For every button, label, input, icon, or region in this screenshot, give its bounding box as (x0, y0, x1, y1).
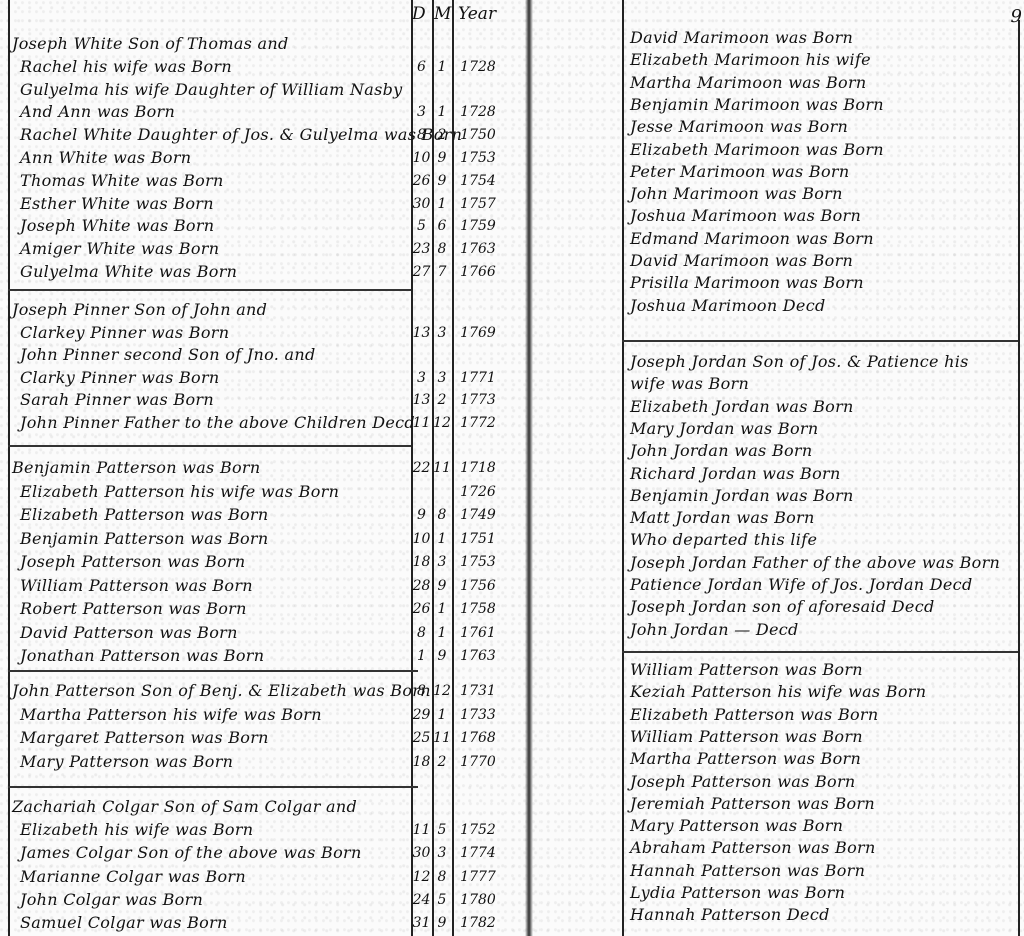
header-year: Year (458, 4, 496, 24)
register-entry: Jeremiah Patterson was Born (630, 794, 875, 813)
entry-day: 6 (411, 59, 432, 75)
register-entry: Benjamin Marimoon was Born (630, 95, 884, 114)
register-entry: Ann White was Born (20, 148, 191, 167)
register-entry: Elizabeth Marimoon his wife (630, 50, 871, 69)
entry-day: 23 (411, 241, 432, 257)
register-entry: Sarah Pinner was Born (20, 390, 214, 409)
entry-day: 8 (411, 127, 432, 143)
entry-month: 8 (432, 241, 452, 257)
register-entry: Who departed this life (630, 530, 817, 549)
entry-month: 8 (432, 507, 452, 523)
register-entry: Joseph Patterson was Born (630, 772, 856, 791)
register-entry: Esther White was Born (20, 194, 214, 213)
entry-month: 1 (432, 104, 452, 120)
header-day: D (412, 4, 426, 24)
register-entry: Clarkey Pinner was Born (20, 323, 229, 342)
entry-month: 9 (432, 150, 452, 166)
register-entry: Abraham Patterson was Born (630, 838, 876, 857)
entry-month: 12 (432, 415, 452, 431)
register-entry: Elizabeth Patterson was Born (20, 505, 269, 524)
register-entry: William Patterson was Born (630, 727, 863, 746)
register-entry: Elizabeth Patterson was Born (630, 705, 879, 724)
entry-year: 1759 (455, 218, 501, 234)
register-entry: William Patterson was Born (20, 576, 253, 595)
entry-day: 29 (411, 707, 432, 723)
register-entry: John Patterson Son of Benj. & Elizabeth … (12, 681, 431, 700)
entry-month: 9 (432, 173, 452, 189)
right-margin-rule (622, 0, 624, 936)
entry-month: 11 (432, 730, 452, 746)
entry-month: 3 (432, 845, 452, 861)
register-entry: John Pinner second Son of Jno. and (20, 345, 316, 364)
entry-month: 3 (432, 554, 452, 570)
entry-day: 26 (411, 173, 432, 189)
right-edge-rule (1018, 20, 1020, 936)
entry-day: 10 (411, 531, 432, 547)
entry-year: 1753 (455, 554, 501, 570)
entry-year: 1750 (455, 127, 501, 143)
entry-day: 1 (411, 648, 432, 664)
entry-day: 11 (411, 822, 432, 838)
entry-day: 18 (411, 754, 432, 770)
register-entry: John Pinner Father to the above Children… (20, 413, 415, 432)
entry-month: 1 (432, 196, 452, 212)
register-entry: Mary Patterson was Born (20, 752, 233, 771)
entry-day: 10 (411, 150, 432, 166)
register-entry: Samuel Colgar was Born (20, 913, 228, 932)
entry-month: 2 (432, 392, 452, 408)
register-entry: John Jordan — Decd (630, 620, 799, 639)
register-entry: Benjamin Jordan was Born (630, 486, 854, 505)
entry-day: 31 (411, 915, 432, 931)
entry-month: 9 (432, 915, 452, 931)
entry-month: 9 (432, 648, 452, 664)
entry-day: 26 (411, 601, 432, 617)
book-gutter (525, 0, 533, 936)
entry-day: 30 (411, 845, 432, 861)
entry-day: 27 (411, 264, 432, 280)
entry-month: 1 (432, 601, 452, 617)
entry-year: 1774 (455, 845, 501, 861)
register-entry: Hannah Patterson Decd (630, 905, 830, 924)
register-entry: Mary Patterson was Born (630, 816, 843, 835)
entry-year: 1782 (455, 915, 501, 931)
entry-month: 3 (432, 370, 452, 386)
entry-month: 1 (432, 59, 452, 75)
section-divider (622, 651, 1018, 653)
register-entry: Joseph White was Born (20, 216, 214, 235)
entry-year: 1728 (455, 104, 501, 120)
entry-day: 22 (411, 460, 432, 476)
register-entry: Elizabeth his wife was Born (20, 820, 253, 839)
register-entry: Joshua Marimoon Decd (630, 296, 826, 315)
register-entry: Amiger White was Born (20, 239, 219, 258)
entry-day: 3 (411, 104, 432, 120)
section-divider (8, 786, 418, 788)
entry-year: 1751 (455, 531, 501, 547)
entry-month: 2 (432, 127, 452, 143)
entry-year: 1752 (455, 822, 501, 838)
register-entry: Rachel White Daughter of Jos. & Gulyelma… (20, 125, 462, 144)
entry-year: 1731 (455, 683, 501, 699)
entry-year: 1777 (455, 869, 501, 885)
register-entry: David Patterson was Born (20, 623, 238, 642)
register-entry: wife was Born (630, 374, 749, 393)
entry-day: 24 (411, 892, 432, 908)
entry-year: 1761 (455, 625, 501, 641)
page-number: 9 (1011, 6, 1022, 27)
register-entry: Joseph Jordan Father of the above was Bo… (630, 553, 1000, 572)
entry-year: 1757 (455, 196, 501, 212)
entry-day: 11 (411, 415, 432, 431)
section-divider (622, 340, 1018, 342)
entry-year: 1770 (455, 754, 501, 770)
entry-year: 1733 (455, 707, 501, 723)
register-entry: Matt Jordan was Born (630, 508, 815, 527)
register-entry: Rachel his wife was Born (20, 57, 232, 76)
left-margin-rule (8, 0, 10, 936)
register-entry: Robert Patterson was Born (20, 599, 247, 618)
register-entry: Joseph Patterson was Born (20, 552, 246, 571)
register-entry: Zachariah Colgar Son of Sam Colgar and (12, 797, 357, 816)
register-entry: Jesse Marimoon was Born (630, 117, 848, 136)
register-entry: And Ann was Born (20, 102, 175, 121)
register-entry: Joseph Jordan Son of Jos. & Patience his (630, 352, 969, 371)
entry-day: 12 (411, 869, 432, 885)
register-entry: Joseph Jordan son of aforesaid Decd (630, 597, 935, 616)
register-entry: Martha Patterson his wife was Born (20, 705, 322, 724)
register-entry: Patience Jordan Wife of Jos. Jordan Decd (630, 575, 972, 594)
entry-year: 1758 (455, 601, 501, 617)
entry-day: 8 (411, 683, 432, 699)
register-entry: Marianne Colgar was Born (20, 867, 246, 886)
entry-month: 9 (432, 578, 452, 594)
entry-year: 1772 (455, 415, 501, 431)
entry-month: 8 (432, 869, 452, 885)
entry-month: 12 (432, 683, 452, 699)
register-entry: David Marimoon was Born (630, 251, 853, 270)
entry-month: 1 (432, 531, 452, 547)
register-entry: Elizabeth Jordan was Born (630, 397, 854, 416)
entry-day: 30 (411, 196, 432, 212)
register-entry: Gulyelma his wife Daughter of William Na… (20, 80, 403, 99)
entry-year: 1718 (455, 460, 501, 476)
entry-month: 2 (432, 754, 452, 770)
section-divider (8, 289, 411, 291)
entry-month: 7 (432, 264, 452, 280)
register-entry: Jonathan Patterson was Born (20, 646, 264, 665)
entry-year: 1768 (455, 730, 501, 746)
register-entry: Keziah Patterson his wife was Born (630, 682, 926, 701)
register-entry: Thomas White was Born (20, 171, 224, 190)
entry-month: 11 (432, 460, 452, 476)
entry-year: 1769 (455, 325, 501, 341)
entry-year: 1771 (455, 370, 501, 386)
entry-day: 9 (411, 507, 432, 523)
register-entry: John Colgar was Born (20, 890, 203, 909)
section-divider (8, 445, 411, 447)
entry-month: 5 (432, 822, 452, 838)
entry-month: 5 (432, 892, 452, 908)
section-divider (8, 670, 418, 672)
entry-day: 13 (411, 325, 432, 341)
register-entry: Prisilla Marimoon was Born (630, 273, 864, 292)
register-entry: Peter Marimoon was Born (630, 162, 849, 181)
register-entry: Martha Patterson was Born (630, 749, 861, 768)
entry-year: 1773 (455, 392, 501, 408)
entry-day: 3 (411, 370, 432, 386)
entry-day: 5 (411, 218, 432, 234)
entry-month: 3 (432, 325, 452, 341)
register-entry: Clarky Pinner was Born (20, 368, 220, 387)
register-entry: Elizabeth Marimoon was Born (630, 140, 884, 159)
entry-day: 28 (411, 578, 432, 594)
entry-year: 1763 (455, 241, 501, 257)
entry-month: 6 (432, 218, 452, 234)
header-month: M (434, 4, 451, 24)
entry-day: 13 (411, 392, 432, 408)
entry-day: 8 (411, 625, 432, 641)
entry-month: 1 (432, 625, 452, 641)
entry-year: 1763 (455, 648, 501, 664)
entry-year: 1754 (455, 173, 501, 189)
register-entry: Elizabeth Patterson his wife was Born (20, 482, 339, 501)
entry-year: 1756 (455, 578, 501, 594)
entry-year: 1728 (455, 59, 501, 75)
register-entry: Joseph White Son of Thomas and (12, 34, 289, 53)
register-entry: William Patterson was Born (630, 660, 863, 679)
entry-year: 1766 (455, 264, 501, 280)
register-entry: Richard Jordan was Born (630, 464, 841, 483)
register-entry: Benjamin Patterson was Born (20, 529, 268, 548)
register-entry: Gulyelma White was Born (20, 262, 237, 281)
register-entry: Joseph Pinner Son of John and (12, 300, 267, 319)
register-entry: Lydia Patterson was Born (630, 883, 845, 902)
entry-year: 1753 (455, 150, 501, 166)
register-entry: John Marimoon was Born (630, 184, 843, 203)
entry-month: 1 (432, 707, 452, 723)
register-entry: Benjamin Patterson was Born (12, 458, 260, 477)
register-entry: John Jordan was Born (630, 441, 812, 460)
register-entry: James Colgar Son of the above was Born (20, 843, 362, 862)
entry-day: 25 (411, 730, 432, 746)
register-entry: Mary Jordan was Born (630, 419, 818, 438)
entry-year: 1749 (455, 507, 501, 523)
entry-year: 1726 (455, 484, 501, 500)
register-entry: Martha Marimoon was Born (630, 73, 867, 92)
register-entry: Margaret Patterson was Born (20, 728, 269, 747)
register-entry: Edmand Marimoon was Born (630, 229, 874, 248)
register-entry: Joshua Marimoon was Born (630, 206, 861, 225)
entry-year: 1780 (455, 892, 501, 908)
register-entry: David Marimoon was Born (630, 28, 853, 47)
register-entry: Hannah Patterson was Born (630, 861, 865, 880)
entry-day: 18 (411, 554, 432, 570)
